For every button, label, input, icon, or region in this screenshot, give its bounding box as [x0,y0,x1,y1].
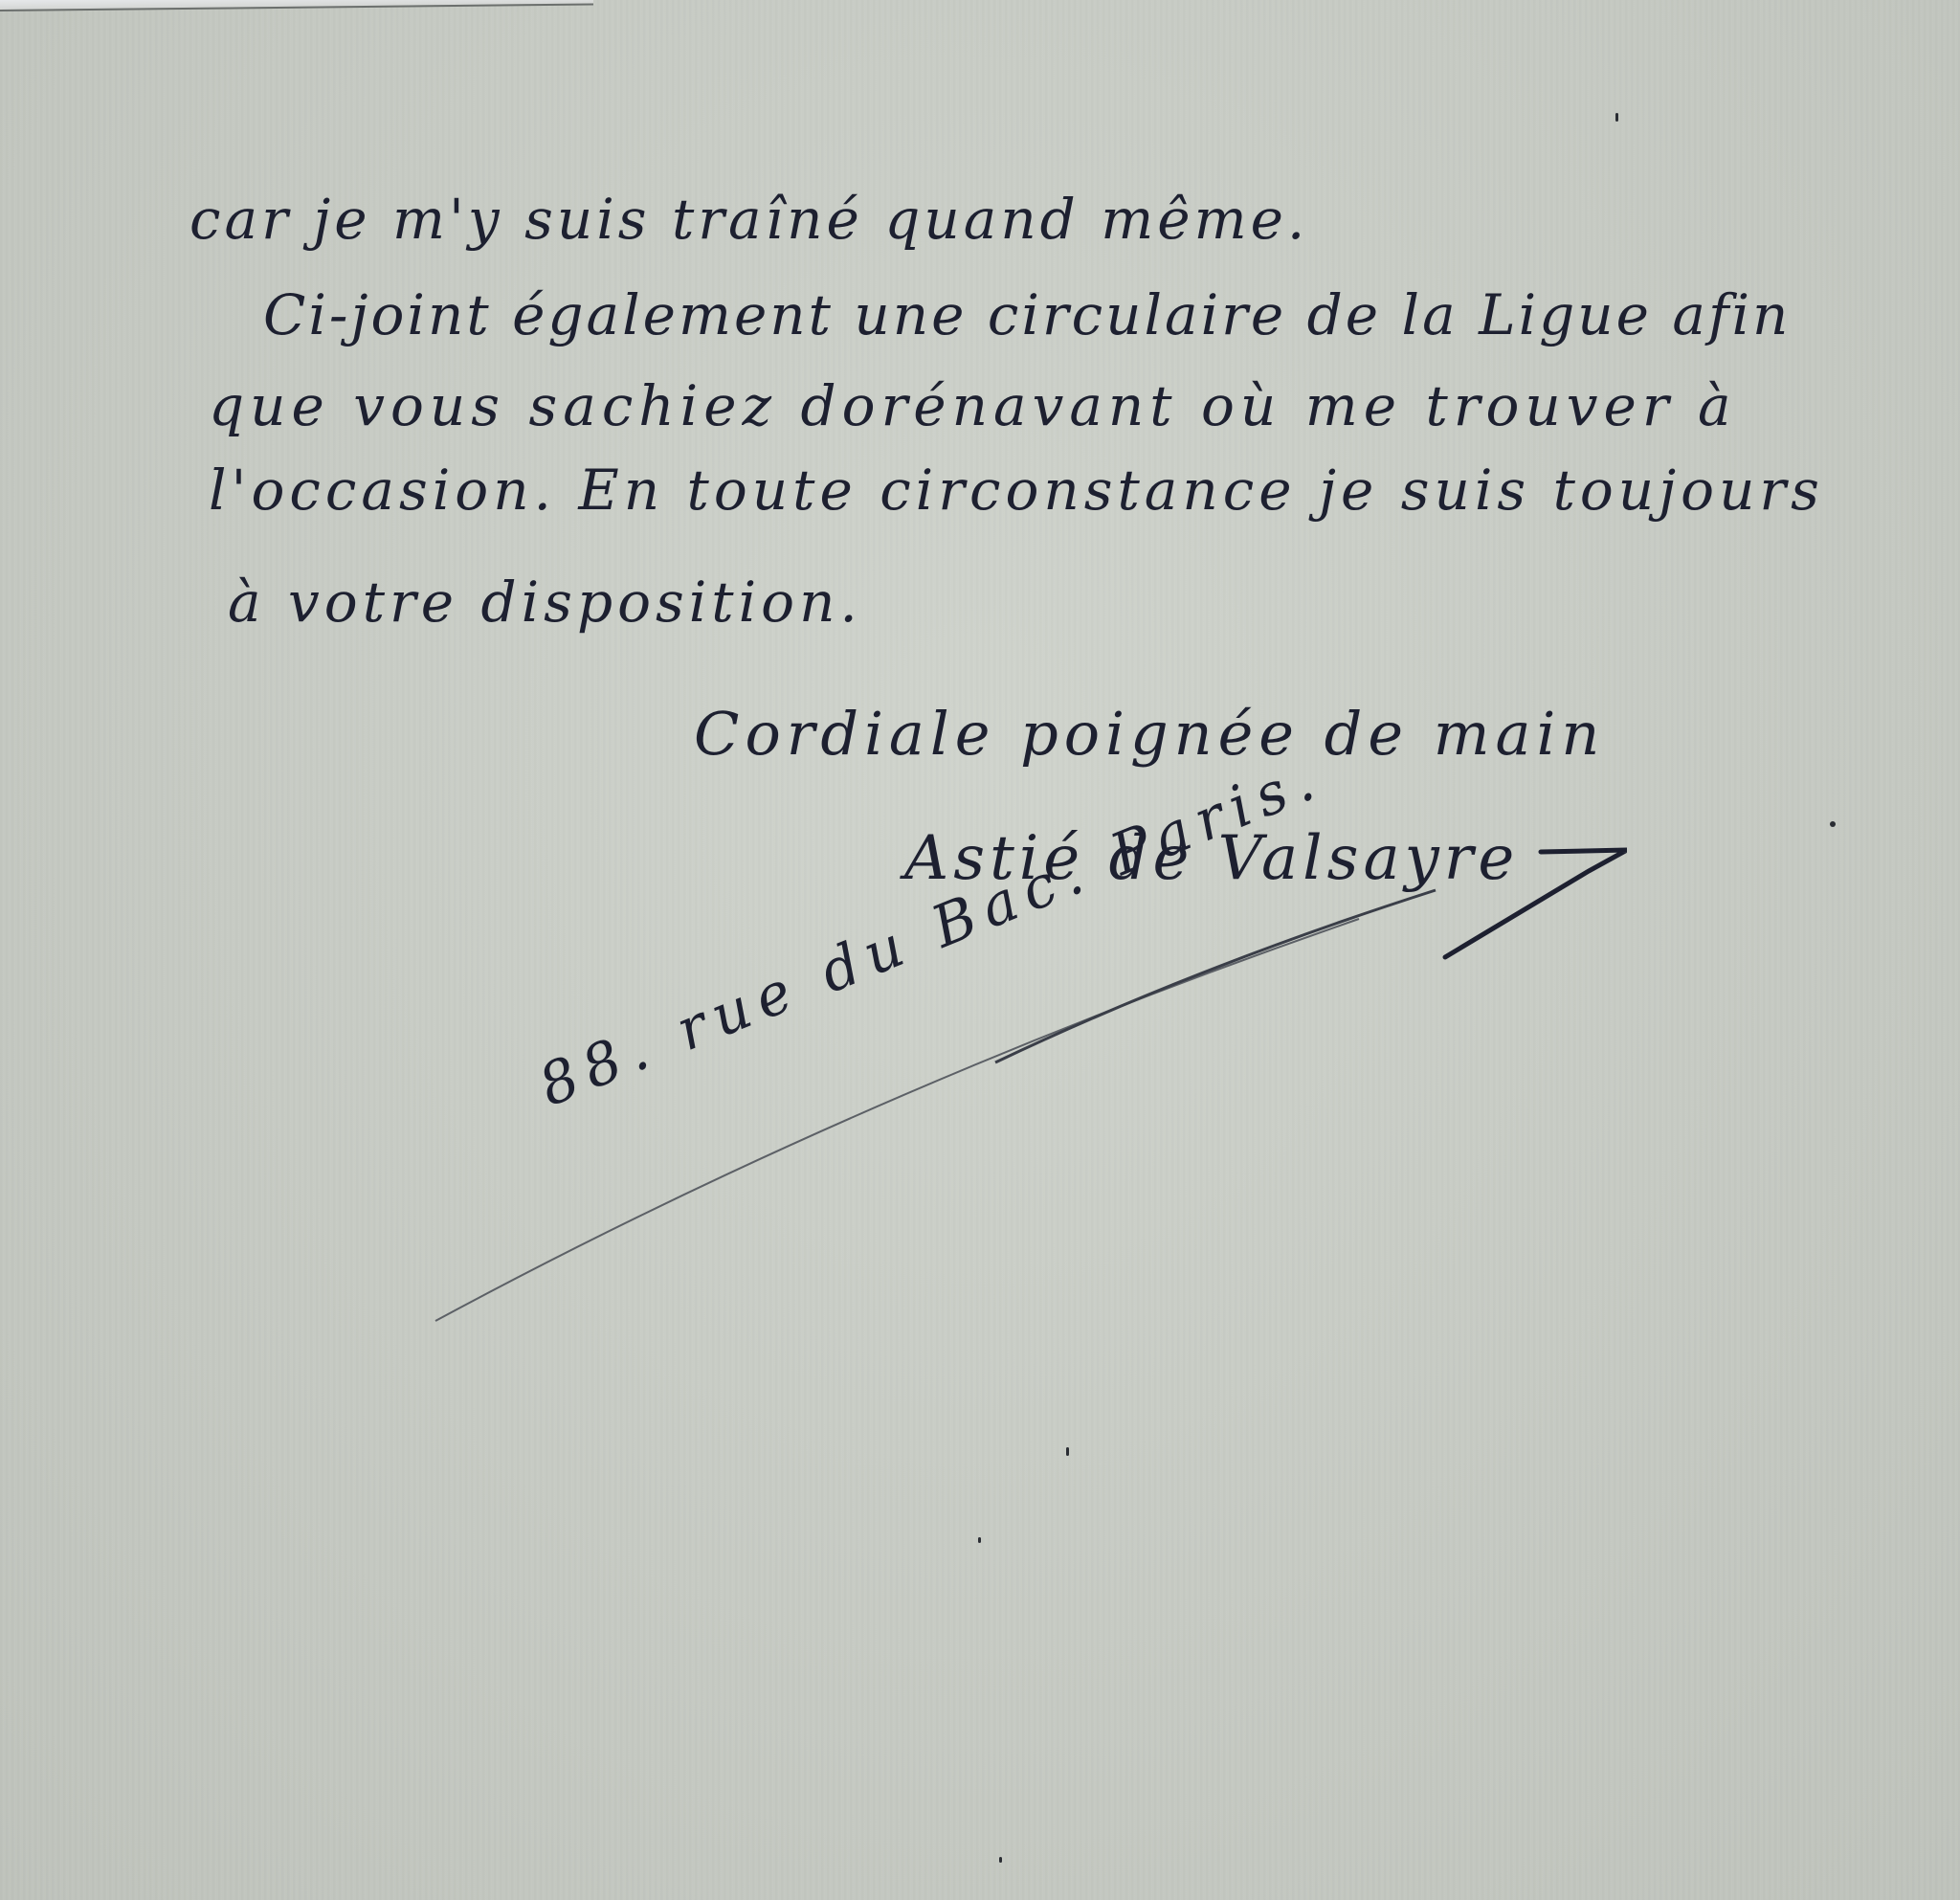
letter-line-4: l'occasion. En toute circonstance je sui… [209,458,1824,523]
letter-page: car je m'y suis traîné quand même. Ci-jo… [0,0,1960,1900]
paper-speck [1615,113,1618,122]
paper-speck [999,1857,1002,1863]
paper-top-edge [0,0,593,11]
letter-line-2: Ci-joint également une circulaire de la … [263,282,1791,347]
letter-line-1: car je m'y suis traîné quand même. [189,187,1308,252]
letter-closing: Cordiale poignée de main [694,699,1605,769]
ink-dot [1830,821,1836,827]
letter-line-3: que vous sachiez dorénavant où me trouve… [209,373,1737,438]
paper-speck [1066,1447,1069,1456]
letter-line-5: à votre disposition. [228,570,862,635]
paper-speck [978,1537,981,1543]
